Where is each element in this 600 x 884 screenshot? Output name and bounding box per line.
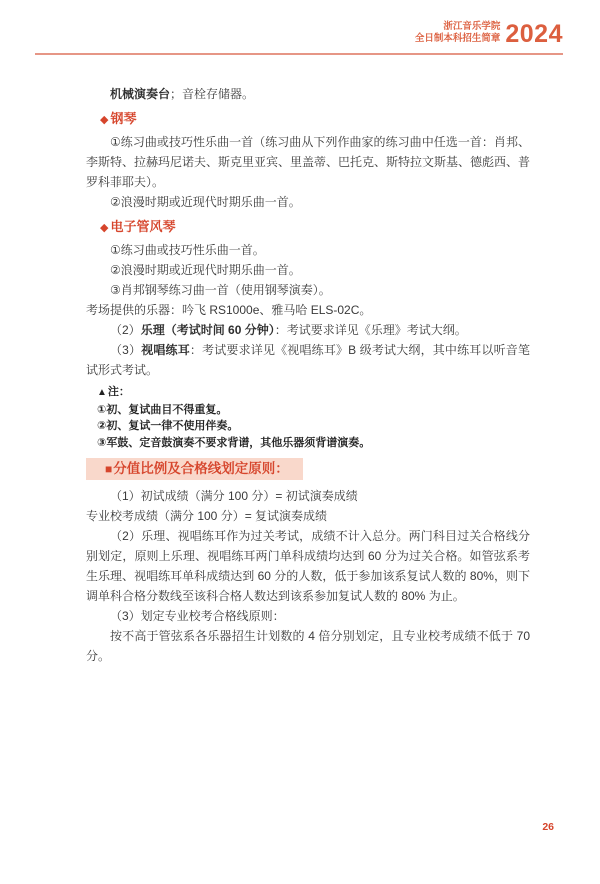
heading-electronic-organ: ◆电子管风琴 <box>100 216 530 239</box>
intro-bold-text: 机械演奏台 <box>110 87 170 101</box>
exam3-bold-text: 视唱练耳 <box>141 343 190 357</box>
heading-score-ratio: ■分值比例及合格线划定原则： <box>86 458 303 480</box>
paragraph-exam-music-theory: （2）乐理（考试时间 60 分钟）：考试要求详见《乐理》考试大纲。 <box>86 320 530 340</box>
paragraph-piano-item-2: ②浪漫时期或近现代时期乐曲一首。 <box>86 192 530 212</box>
note-block: ▲注： ①初、复试曲目不得重复。 ②初、复试一律不使用伴奏。 ③军鼓、定音鼓演奏… <box>97 384 530 451</box>
paragraph-organ-item-3: ③肖邦钢琴练习曲一首（使用钢琴演奏）。 <box>86 280 530 300</box>
diamond-icon: ◆ <box>100 222 108 234</box>
note-label: ▲注： <box>97 384 530 402</box>
exam2-prefix: （2） <box>110 323 141 337</box>
note-label-text: 注： <box>108 386 130 398</box>
paragraph-score-1: （1）初试成绩（满分 100 分）= 初试演奏成绩 <box>86 486 530 506</box>
heading-piano-label: 钢琴 <box>110 111 136 126</box>
intro-rest-text: ；音栓存储器。 <box>170 87 254 101</box>
paragraph-provided-instruments: 考场提供的乐器：吟飞 RS1000e、雅马哈 ELS-02C。 <box>86 300 530 320</box>
paragraph-score-2: 专业校考成绩（满分 100 分）= 复试演奏成绩 <box>86 506 530 526</box>
header-school-name: 浙江音乐学院 <box>415 21 501 33</box>
header-year: 2024 <box>505 23 563 46</box>
heading-score-ratio-label: 分值比例及合格线划定原则： <box>113 461 289 476</box>
paragraph-score-5: 按不高于管弦系各乐器招生计划数的 4 倍分别划定，且专业校考成绩不低于 70 分… <box>86 626 530 666</box>
page-header: 浙江音乐学院 全日制本科招生简章 2024 <box>415 21 563 46</box>
document-page: 浙江音乐学院 全日制本科招生简章 2024 机械演奏台；音栓存储器。 ◆钢琴 ①… <box>0 0 600 884</box>
header-rule-divider <box>35 53 563 55</box>
paragraph-exam-sight-singing: （3）视唱练耳：考试要求详见《视唱练耳》B 级考试大纲，其中练耳以听音笔试形式考… <box>86 340 530 380</box>
heading-electronic-organ-label: 电子管风琴 <box>110 219 175 234</box>
exam2-bold-text: 乐理（考试时间 60 分钟） <box>141 323 275 337</box>
exam2-rest-text: ：考试要求详见《乐理》考试大纲。 <box>275 323 467 337</box>
square-bullet-icon: ■ <box>105 462 112 476</box>
note-item-1: ①初、复试曲目不得重复。 <box>97 402 530 419</box>
heading-piano: ◆钢琴 <box>100 108 530 131</box>
triangle-icon: ▲ <box>97 387 107 398</box>
diamond-icon: ◆ <box>100 114 108 126</box>
note-item-2: ②初、复试一律不使用伴奏。 <box>97 418 530 435</box>
paragraph-intro: 机械演奏台；音栓存储器。 <box>86 84 530 104</box>
paragraph-score-3: （2）乐理、视唱练耳作为过关考试，成绩不计入总分。两门科目过关合格线分别划定，原… <box>86 526 530 606</box>
note-item-3: ③军鼓、定音鼓演奏不要求背谱，其他乐器须背谱演奏。 <box>97 435 530 452</box>
header-brochure-title: 全日制本科招生简章 <box>415 33 501 45</box>
paragraph-piano-item-1: ①练习曲或技巧性乐曲一首（练习曲从下列作曲家的练习曲中任选一首：肖邦、李斯特、拉… <box>86 132 530 192</box>
paragraph-organ-item-1: ①练习曲或技巧性乐曲一首。 <box>86 240 530 260</box>
paragraph-score-4: （3）划定专业校考合格线原则： <box>86 606 530 626</box>
paragraph-organ-item-2: ②浪漫时期或近现代时期乐曲一首。 <box>86 260 530 280</box>
exam3-prefix: （3） <box>110 343 141 357</box>
page-number: 26 <box>542 821 554 833</box>
header-org-block: 浙江音乐学院 全日制本科招生简章 <box>415 21 501 46</box>
page-content: 机械演奏台；音栓存储器。 ◆钢琴 ①练习曲或技巧性乐曲一首（练习曲从下列作曲家的… <box>86 84 530 666</box>
